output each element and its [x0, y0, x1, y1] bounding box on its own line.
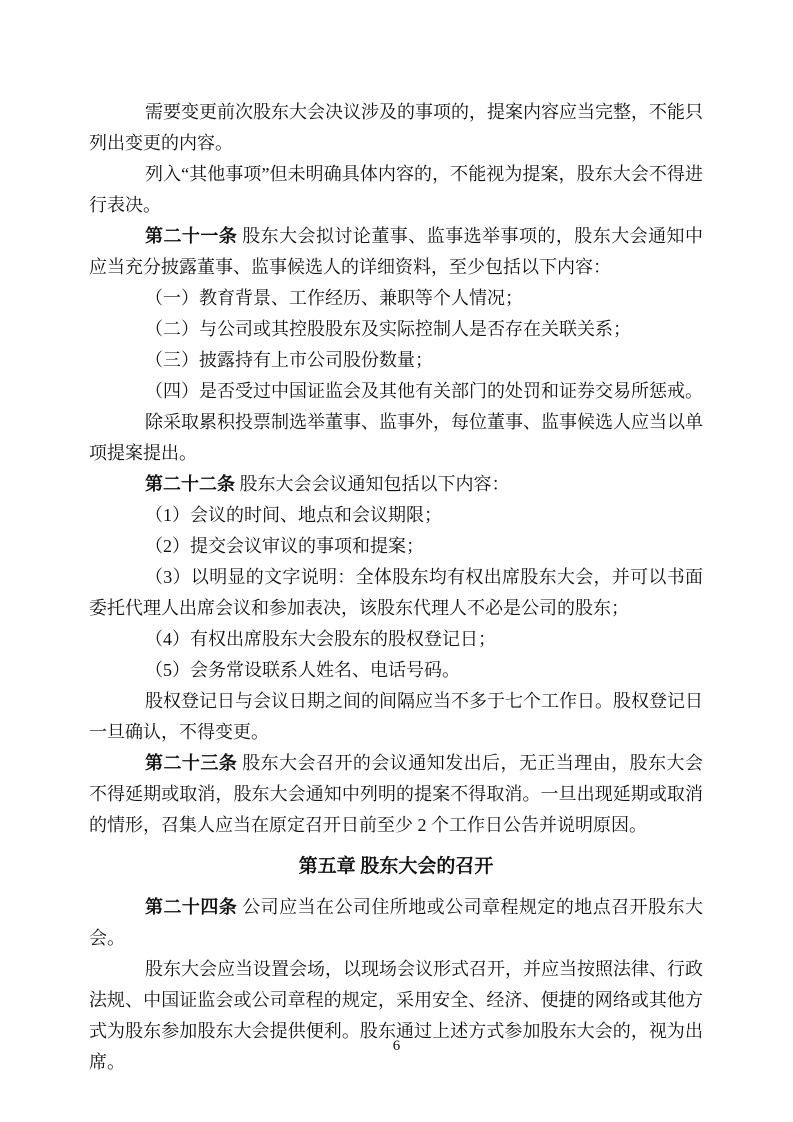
article-paragraph: 第二十三条 股东大会召开的会议通知发出后，无正当理由，股东大会不得延期或取消，股… — [89, 748, 703, 841]
article-paragraph: 第二十一条 股东大会拟讨论董事、监事选举事项的，股东大会通知中应当充分披露董事、… — [89, 221, 703, 283]
body-paragraph: （四）是否受过中国证监会及其他有关部门的处罚和证券交易所惩戒。 — [89, 376, 703, 407]
article-number: 第二十三条 — [145, 753, 237, 773]
article-paragraph: 第二十四条 公司应当在公司住所地或公司章程规定的地点召开股东大会。 — [89, 892, 703, 954]
article-number: 第二十一条 — [145, 226, 237, 246]
body-paragraph: 需要变更前次股东大会决议涉及的事项的，提案内容应当完整，不能只列出变更的内容。 — [89, 97, 703, 159]
paragraph-text: 股东大会会议通知包括以下内容： — [240, 474, 510, 494]
paragraph-text: 除采取累积投票制选举董事、监事外，每位董事、监事候选人应当以单项提案提出。 — [89, 412, 703, 463]
paragraph-text: （二）与公司或其控股股东及实际控制人是否存在关联关系； — [145, 319, 631, 339]
body-paragraph: （5）会务常设联系人姓名、电话号码。 — [89, 655, 703, 686]
paragraph-text: 列入“其他事项”但未明确具体内容的，不能视为提案，股东大会不得进行表决。 — [89, 164, 703, 215]
paragraph-text: 股权登记日与会议日期之间的间隔应当不多于七个工作日。股权登记日一旦确认，不得变更… — [89, 691, 703, 742]
paragraph-text: （一）教育背景、工作经历、兼职等个人情况； — [145, 288, 523, 308]
article-number: 第二十四条 — [145, 897, 237, 917]
paragraph-text: （5）会务常设联系人姓名、电话号码。 — [145, 660, 460, 680]
paragraph-text: 需要变更前次股东大会决议涉及的事项的，提案内容应当完整，不能只列出变更的内容。 — [89, 102, 703, 153]
document-page: 需要变更前次股东大会决议涉及的事项的，提案内容应当完整，不能只列出变更的内容。列… — [0, 0, 793, 1122]
document-body: 需要变更前次股东大会决议涉及的事项的，提案内容应当完整，不能只列出变更的内容。列… — [89, 97, 703, 1078]
paragraph-text: （3）以明显的文字说明：全体股东均有权出席股东大会，并可以书面委托代理人出席会议… — [89, 567, 703, 618]
paragraph-text: （2）提交会议审议的事项和提案； — [145, 536, 424, 556]
body-paragraph: （3）以明显的文字说明：全体股东均有权出席股东大会，并可以书面委托代理人出席会议… — [89, 562, 703, 624]
body-paragraph: （4）有权出席股东大会股东的股权登记日； — [89, 624, 703, 655]
chapter-heading: 第五章 股东大会的召开 — [89, 851, 703, 882]
paragraph-text: （三）披露持有上市公司股份数量； — [145, 350, 433, 370]
body-paragraph: 股东大会应当设置会场，以现场会议形式召开，并应当按照法律、行政法规、中国证监会或… — [89, 954, 703, 1078]
body-paragraph: （二）与公司或其控股股东及实际控制人是否存在关联关系； — [89, 314, 703, 345]
body-paragraph: 列入“其他事项”但未明确具体内容的，不能视为提案，股东大会不得进行表决。 — [89, 159, 703, 221]
article-paragraph: 第二十二条 股东大会会议通知包括以下内容： — [89, 469, 703, 500]
page-number: 6 — [0, 1038, 793, 1055]
paragraph-text: （四）是否受过中国证监会及其他有关部门的处罚和证券交易所惩戒。 — [145, 381, 703, 401]
body-paragraph: （2）提交会议审议的事项和提案； — [89, 531, 703, 562]
body-paragraph: 除采取累积投票制选举董事、监事外，每位董事、监事候选人应当以单项提案提出。 — [89, 407, 703, 469]
paragraph-text: （4）有权出席股东大会股东的股权登记日； — [145, 629, 496, 649]
body-paragraph: （1）会议的时间、地点和会议期限； — [89, 500, 703, 531]
body-paragraph: 股权登记日与会议日期之间的间隔应当不多于七个工作日。股权登记日一旦确认，不得变更… — [89, 686, 703, 748]
body-paragraph: （一）教育背景、工作经历、兼职等个人情况； — [89, 283, 703, 314]
article-number: 第二十二条 — [145, 474, 235, 494]
body-paragraph: （三）披露持有上市公司股份数量； — [89, 345, 703, 376]
paragraph-text: （1）会议的时间、地点和会议期限； — [145, 505, 442, 525]
paragraph-text: 股东大会应当设置会场，以现场会议形式召开，并应当按照法律、行政法规、中国证监会或… — [89, 959, 703, 1072]
